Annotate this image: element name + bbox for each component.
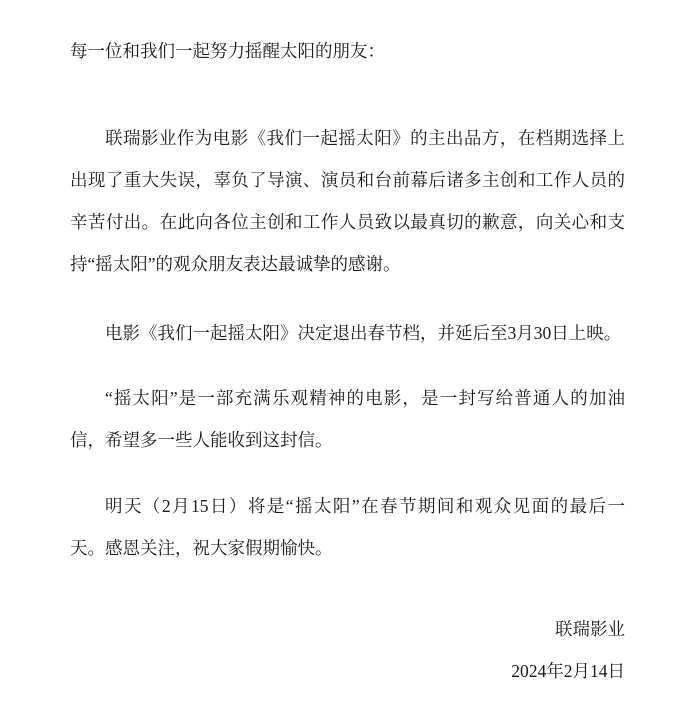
paragraph-last-day: 明天（2月15日）将是“摇太阳”在春节期间和观众见面的最后一 天。感恩关注，祝大… — [70, 485, 625, 569]
signature: 联瑞影业 — [70, 608, 625, 650]
date-line: 2024年2月14日 — [70, 650, 625, 692]
text-line: 联瑞影业作为电影《我们一起摇太阳》的主出品方，在档期选择上 — [70, 117, 625, 159]
paragraph-apology: 联瑞影业作为电影《我们一起摇太阳》的主出品方，在档期选择上 出现了重大失误，辜负… — [70, 117, 625, 285]
text-line: 持“摇太阳”的观众朋友表达最诚挚的感谢。 — [70, 243, 625, 285]
paragraph-film-description: “摇太阳”是一部充满乐观精神的电影，是一封写给普通人的加油 信，希望多一些人能收… — [70, 377, 625, 461]
text-line: 信，希望多一些人能收到这封信。 — [70, 419, 625, 461]
paragraph-withdrawal: 电影《我们一起摇太阳》决定退出春节档，并延后至3月30日上映。 — [70, 312, 625, 354]
salutation-line: 每一位和我们一起努力摇醒太阳的朋友： — [70, 30, 625, 72]
text-line: 明天（2月15日）将是“摇太阳”在春节期间和观众见面的最后一 — [70, 485, 625, 527]
text-line: 出现了重大失误，辜负了导演、演员和台前幕后诸多主创和工作人员的 — [70, 159, 625, 201]
text-line: 电影《我们一起摇太阳》决定退出春节档，并延后至3月30日上映。 — [70, 312, 625, 354]
document-page: 每一位和我们一起努力摇醒太阳的朋友： 联瑞影业作为电影《我们一起摇太阳》的主出品… — [70, 0, 625, 692]
text-line: 天。感恩关注，祝大家假期愉快。 — [70, 527, 625, 569]
text-line: “摇太阳”是一部充满乐观精神的电影，是一封写给普通人的加油 — [70, 377, 625, 419]
text-line: 辛苦付出。在此向各位主创和工作人员致以最真切的歉意，向关心和支 — [70, 201, 625, 243]
